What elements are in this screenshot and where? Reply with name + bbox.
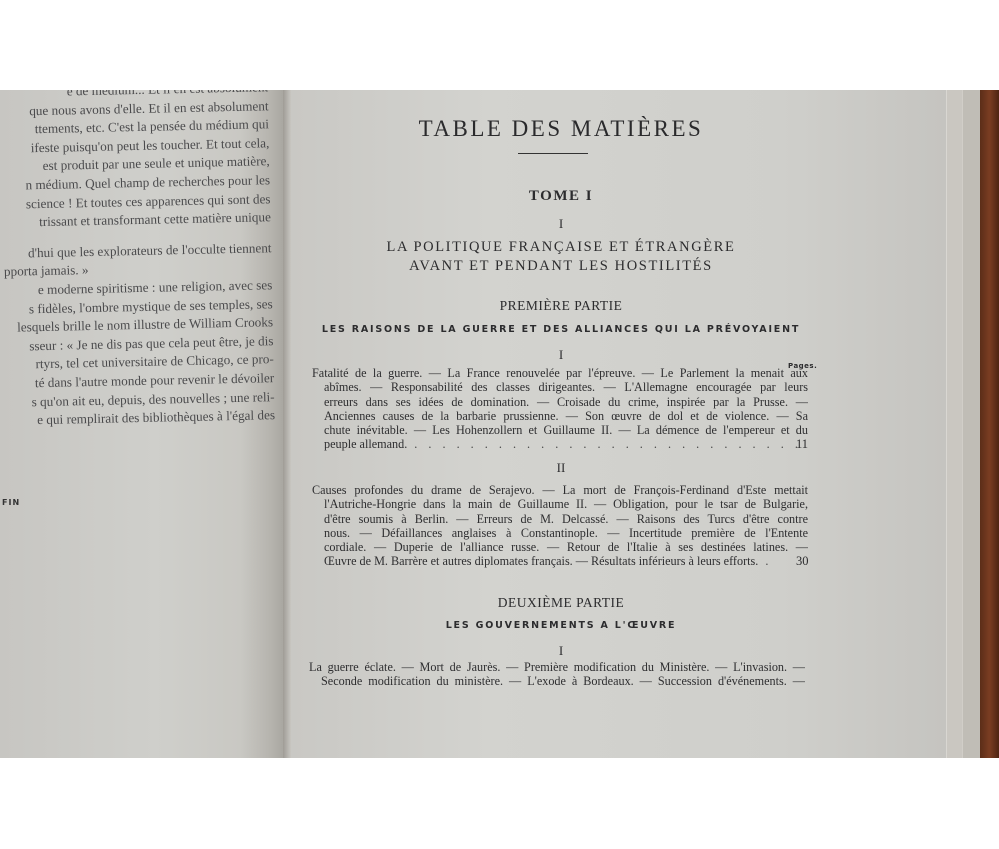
- part-subtitle: LES GOUVERNEMENTS A L'ŒUVRE: [291, 620, 831, 631]
- section-title: LA POLITIQUE FRANÇAISE ET ÉTRANGÈRE AVAN…: [291, 238, 831, 276]
- toc-entry[interactable]: Fatalité de la guerre. — La France renou…: [324, 366, 808, 452]
- entry-line-text: peuple allemand.: [324, 437, 407, 451]
- section-number: I: [291, 216, 831, 232]
- section-title-line: LA POLITIQUE FRANÇAISE ET ÉTRANGÈRE: [291, 238, 831, 257]
- entry-line: peuple allemand. . . . . . . . . . . . .…: [324, 437, 808, 451]
- title-divider: [518, 153, 588, 154]
- toc-entry[interactable]: La guerre éclate. — Mort de Jaurès. — Pr…: [321, 660, 805, 689]
- entry-line: Œuvre de M. Barrère et autres diplomates…: [324, 554, 808, 568]
- leader-dots: .: [758, 554, 772, 568]
- chapter-number: I: [291, 643, 831, 659]
- entry-line: nous. — Défaillances anglaises à Constan…: [324, 526, 808, 540]
- page-number[interactable]: 11: [796, 437, 808, 452]
- part-title: DEUXIÈME PARTIE: [291, 595, 831, 611]
- tome-heading: TOME I: [291, 188, 831, 205]
- part-title: PREMIÈRE PARTIE: [291, 298, 831, 314]
- left-page-text: e de médium... Et il en est absolument q…: [0, 90, 275, 431]
- entry-line: erreurs dans ses idées de domination. — …: [324, 395, 808, 409]
- chapter-number: I: [291, 347, 831, 363]
- fin-mark: FIN: [2, 498, 20, 507]
- book-gutter: [283, 90, 291, 758]
- toc-entry[interactable]: Causes profondes du drame de Serajevo. —…: [324, 483, 808, 569]
- entry-line: chute inévitable. — Les Hohenzollern et …: [324, 423, 808, 437]
- page-number[interactable]: 30: [796, 554, 809, 569]
- page-edge: [962, 90, 981, 758]
- part-subtitle: LES RAISONS DE LA GUERRE ET DES ALLIANCE…: [291, 324, 831, 335]
- book-photo: e de médium... Et il en est absolument q…: [0, 90, 999, 758]
- page-edge: [946, 90, 963, 758]
- entry-line: Anciennes causes de la barbarie prussien…: [324, 409, 808, 423]
- chapter-number: II: [291, 460, 831, 476]
- entry-line: Seconde modification du ministère. — L'e…: [321, 674, 805, 688]
- left-page: e de médium... Et il en est absolument q…: [0, 90, 283, 758]
- table-surface: [980, 90, 999, 758]
- entry-line: l'Autriche-Hongrie dans la main de Guill…: [324, 497, 808, 511]
- entry-line: Fatalité de la guerre. — La France renou…: [312, 366, 808, 380]
- leader-dots: . . . . . . . . . . . . . . . . . . . . …: [407, 437, 808, 451]
- entry-line: cordiale. — Duperie de l'alliance russe.…: [324, 540, 808, 554]
- page-title: TABLE DES MATIÈRES: [291, 116, 831, 142]
- entry-line: Causes profondes du drame de Serajevo. —…: [312, 483, 808, 497]
- entry-line: d'être soumis à Berlin. — Erreurs de M. …: [324, 512, 808, 526]
- entry-line: abîmes. — Responsabilité des classes dir…: [324, 380, 808, 394]
- section-title-line: AVANT ET PENDANT LES HOSTILITÉS: [291, 257, 831, 276]
- entry-line: La guerre éclate. — Mort de Jaurès. — Pr…: [309, 660, 805, 674]
- entry-line-text: Œuvre de M. Barrère et autres diplomates…: [324, 554, 758, 568]
